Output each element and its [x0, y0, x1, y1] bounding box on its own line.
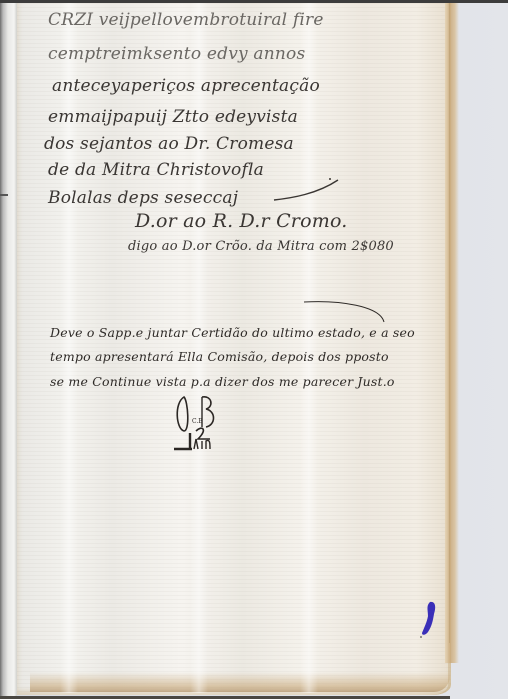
page-binding-edge	[0, 3, 17, 699]
margin-mark	[0, 194, 8, 196]
page-edge-line	[449, 3, 450, 643]
decree-line-3: se me Continue vista p.a dizer dos me pa…	[50, 374, 395, 389]
blue-ink-mark-icon	[418, 600, 440, 638]
manuscript-line-3: anteceyaperiços aprecentação	[52, 76, 320, 96]
svg-text:C.B: C.B	[192, 418, 203, 425]
attribution-line-1: D.or ao R. D.r Cromo.	[135, 210, 348, 232]
manuscript-line-1: CRZI veijpellovembrotuiral fire	[48, 10, 324, 30]
paper-fold-highlight	[300, 3, 318, 693]
decree-line-1: Deve o Sapp.e juntar Certidão do ultimo …	[50, 325, 415, 340]
decree-line-2: tempo apresentará Ella Comisão, depois d…	[50, 349, 389, 364]
manuscript-line-5: dos sejantos ao Dr. Cromesa	[44, 134, 294, 154]
attribution-line-2: digo ao D.or Crõo. da Mitra com 2$080	[128, 239, 394, 254]
manuscript-line-6: de da Mitra Christovofla	[48, 160, 264, 180]
monogram-signature-icon: C.B	[172, 393, 238, 457]
bottom-edge-stain	[30, 672, 450, 692]
pen-flourish-icon	[272, 176, 342, 204]
manuscript-line-4: emmaijpapuij Ztto edeyvista	[48, 107, 298, 127]
manuscript-line-7: Bolalas deps seseccaj	[48, 188, 238, 208]
aged-page-edge	[445, 3, 459, 663]
manuscript-line-2: cemptreimksento edvy annos	[48, 44, 305, 64]
